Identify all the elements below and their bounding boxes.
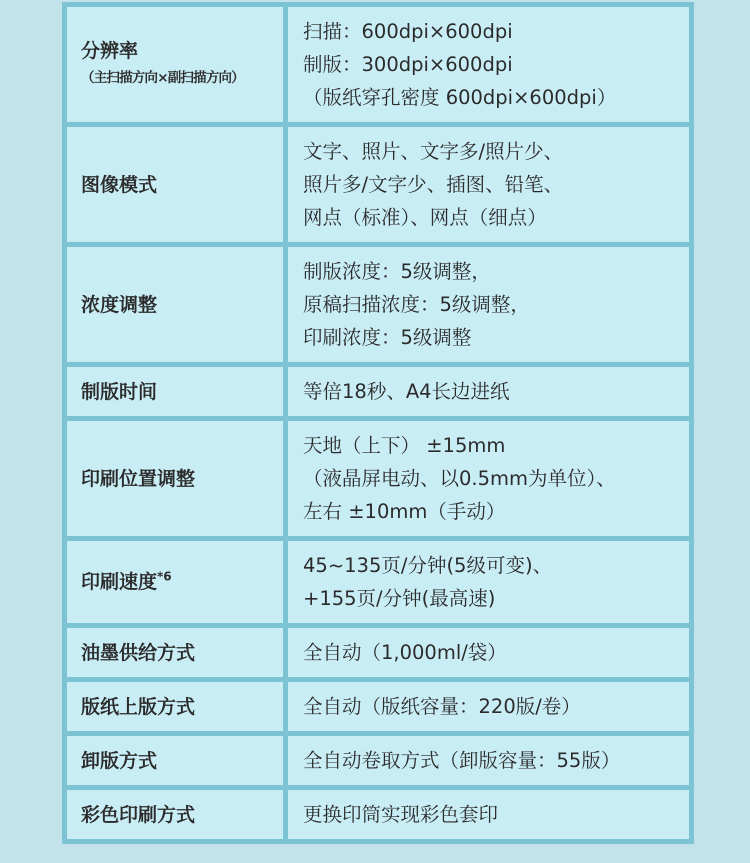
spec-row: 印刷速度*645~135页/分钟(5级可变)、+155页/分钟(最高速)	[65, 539, 692, 626]
spec-label-cell: 卸版方式	[65, 734, 286, 788]
spec-row: 分辨率（主扫描方向×副扫描方向）扫描：600dpi×600dpi制版：300dp…	[65, 5, 692, 125]
spec-value-cell: 45~135页/分钟(5级可变)、+155页/分钟(最高速)	[286, 539, 692, 626]
spec-label: 彩色印刷方式	[81, 804, 195, 826]
spec-label: 印刷速度	[81, 571, 157, 593]
spec-label-cell: 彩色印刷方式	[65, 788, 286, 842]
spec-label: 卸版方式	[81, 750, 157, 772]
spec-label: 分辨率	[81, 40, 138, 62]
spec-value-line: 文字、照片、文字多/照片少、	[303, 135, 681, 168]
spec-table: 分辨率（主扫描方向×副扫描方向）扫描：600dpi×600dpi制版：300dp…	[62, 2, 694, 844]
spec-label-cell: 制版时间	[65, 365, 286, 419]
spec-value-line: +155页/分钟(最高速)	[303, 582, 681, 615]
spec-label: 图像模式	[81, 174, 157, 196]
spec-row: 浓度调整制版浓度：5级调整，原稿扫描浓度：5级调整，印刷浓度：5级调整	[65, 245, 692, 365]
spec-value-line: 左右 ±10mm（手动）	[303, 495, 681, 528]
spec-label-cell: 油墨供给方式	[65, 626, 286, 680]
spec-value-cell: 等倍18秒、A4长边进纸	[286, 365, 692, 419]
spec-label-cell: 图像模式	[65, 125, 286, 245]
spec-value-line: 制版：300dpi×600dpi	[303, 48, 681, 81]
spec-value-line: 印刷浓度：5级调整	[303, 321, 681, 354]
spec-value-line: 制版浓度：5级调整，	[303, 255, 681, 288]
spec-value-cell: 文字、照片、文字多/照片少、照片多/文字少、插图、铅笔、网点（标准）、网点（细点…	[286, 125, 692, 245]
spec-row: 制版时间等倍18秒、A4长边进纸	[65, 365, 692, 419]
spec-label-cell: 浓度调整	[65, 245, 286, 365]
spec-label-cell: 版纸上版方式	[65, 680, 286, 734]
spec-value-line: 网点（标准）、网点（细点）	[303, 201, 681, 234]
spec-value-line: 照片多/文字少、插图、铅笔、	[303, 168, 681, 201]
spec-sublabel: （主扫描方向×副扫描方向）	[81, 66, 277, 90]
spec-value-cell: 扫描：600dpi×600dpi制版：300dpi×600dpi（版纸穿孔密度 …	[286, 5, 692, 125]
spec-label: 制版时间	[81, 381, 157, 403]
spec-value-line: 全自动（版纸容量：220版/卷）	[303, 690, 681, 723]
spec-value-line: 扫描：600dpi×600dpi	[303, 15, 681, 48]
spec-value-line: 全自动（1,000ml/袋）	[303, 636, 681, 669]
spec-row: 油墨供给方式全自动（1,000ml/袋）	[65, 626, 692, 680]
spec-value-line: 天地（上下） ±15mm	[303, 429, 681, 462]
spec-value-cell: 全自动卷取方式（卸版容量：55版）	[286, 734, 692, 788]
spec-label-cell: 分辨率（主扫描方向×副扫描方向）	[65, 5, 286, 125]
spec-table-body: 分辨率（主扫描方向×副扫描方向）扫描：600dpi×600dpi制版：300dp…	[65, 5, 692, 842]
spec-label: 油墨供给方式	[81, 642, 195, 664]
spec-value-line: 全自动卷取方式（卸版容量：55版）	[303, 744, 681, 777]
spec-row: 卸版方式全自动卷取方式（卸版容量：55版）	[65, 734, 692, 788]
spec-row: 印刷位置调整天地（上下） ±15mm（液晶屏电动、以0.5mm为单位）、左右 ±…	[65, 419, 692, 539]
spec-value-line: 45~135页/分钟(5级可变)、	[303, 549, 681, 582]
spec-label-superscript: *6	[157, 570, 172, 584]
spec-label-cell: 印刷位置调整	[65, 419, 286, 539]
spec-value-line: 原稿扫描浓度：5级调整，	[303, 288, 681, 321]
spec-label: 浓度调整	[81, 294, 157, 316]
spec-row: 彩色印刷方式更换印筒实现彩色套印	[65, 788, 692, 842]
spec-value-line: （版纸穿孔密度 600dpi×600dpi）	[303, 81, 681, 114]
spec-value-line: 更换印筒实现彩色套印	[303, 798, 681, 831]
spec-label: 印刷位置调整	[81, 468, 195, 490]
spec-value-cell: 全自动（版纸容量：220版/卷）	[286, 680, 692, 734]
spec-value-cell: 天地（上下） ±15mm（液晶屏电动、以0.5mm为单位）、左右 ±10mm（手…	[286, 419, 692, 539]
spec-row: 图像模式文字、照片、文字多/照片少、照片多/文字少、插图、铅笔、网点（标准）、网…	[65, 125, 692, 245]
spec-value-line: （液晶屏电动、以0.5mm为单位）、	[303, 462, 681, 495]
spec-value-line: 等倍18秒、A4长边进纸	[303, 375, 681, 408]
spec-label: 版纸上版方式	[81, 696, 195, 718]
spec-row: 版纸上版方式全自动（版纸容量：220版/卷）	[65, 680, 692, 734]
spec-value-cell: 全自动（1,000ml/袋）	[286, 626, 692, 680]
spec-value-cell: 更换印筒实现彩色套印	[286, 788, 692, 842]
spec-label-cell: 印刷速度*6	[65, 539, 286, 626]
spec-value-cell: 制版浓度：5级调整，原稿扫描浓度：5级调整，印刷浓度：5级调整	[286, 245, 692, 365]
